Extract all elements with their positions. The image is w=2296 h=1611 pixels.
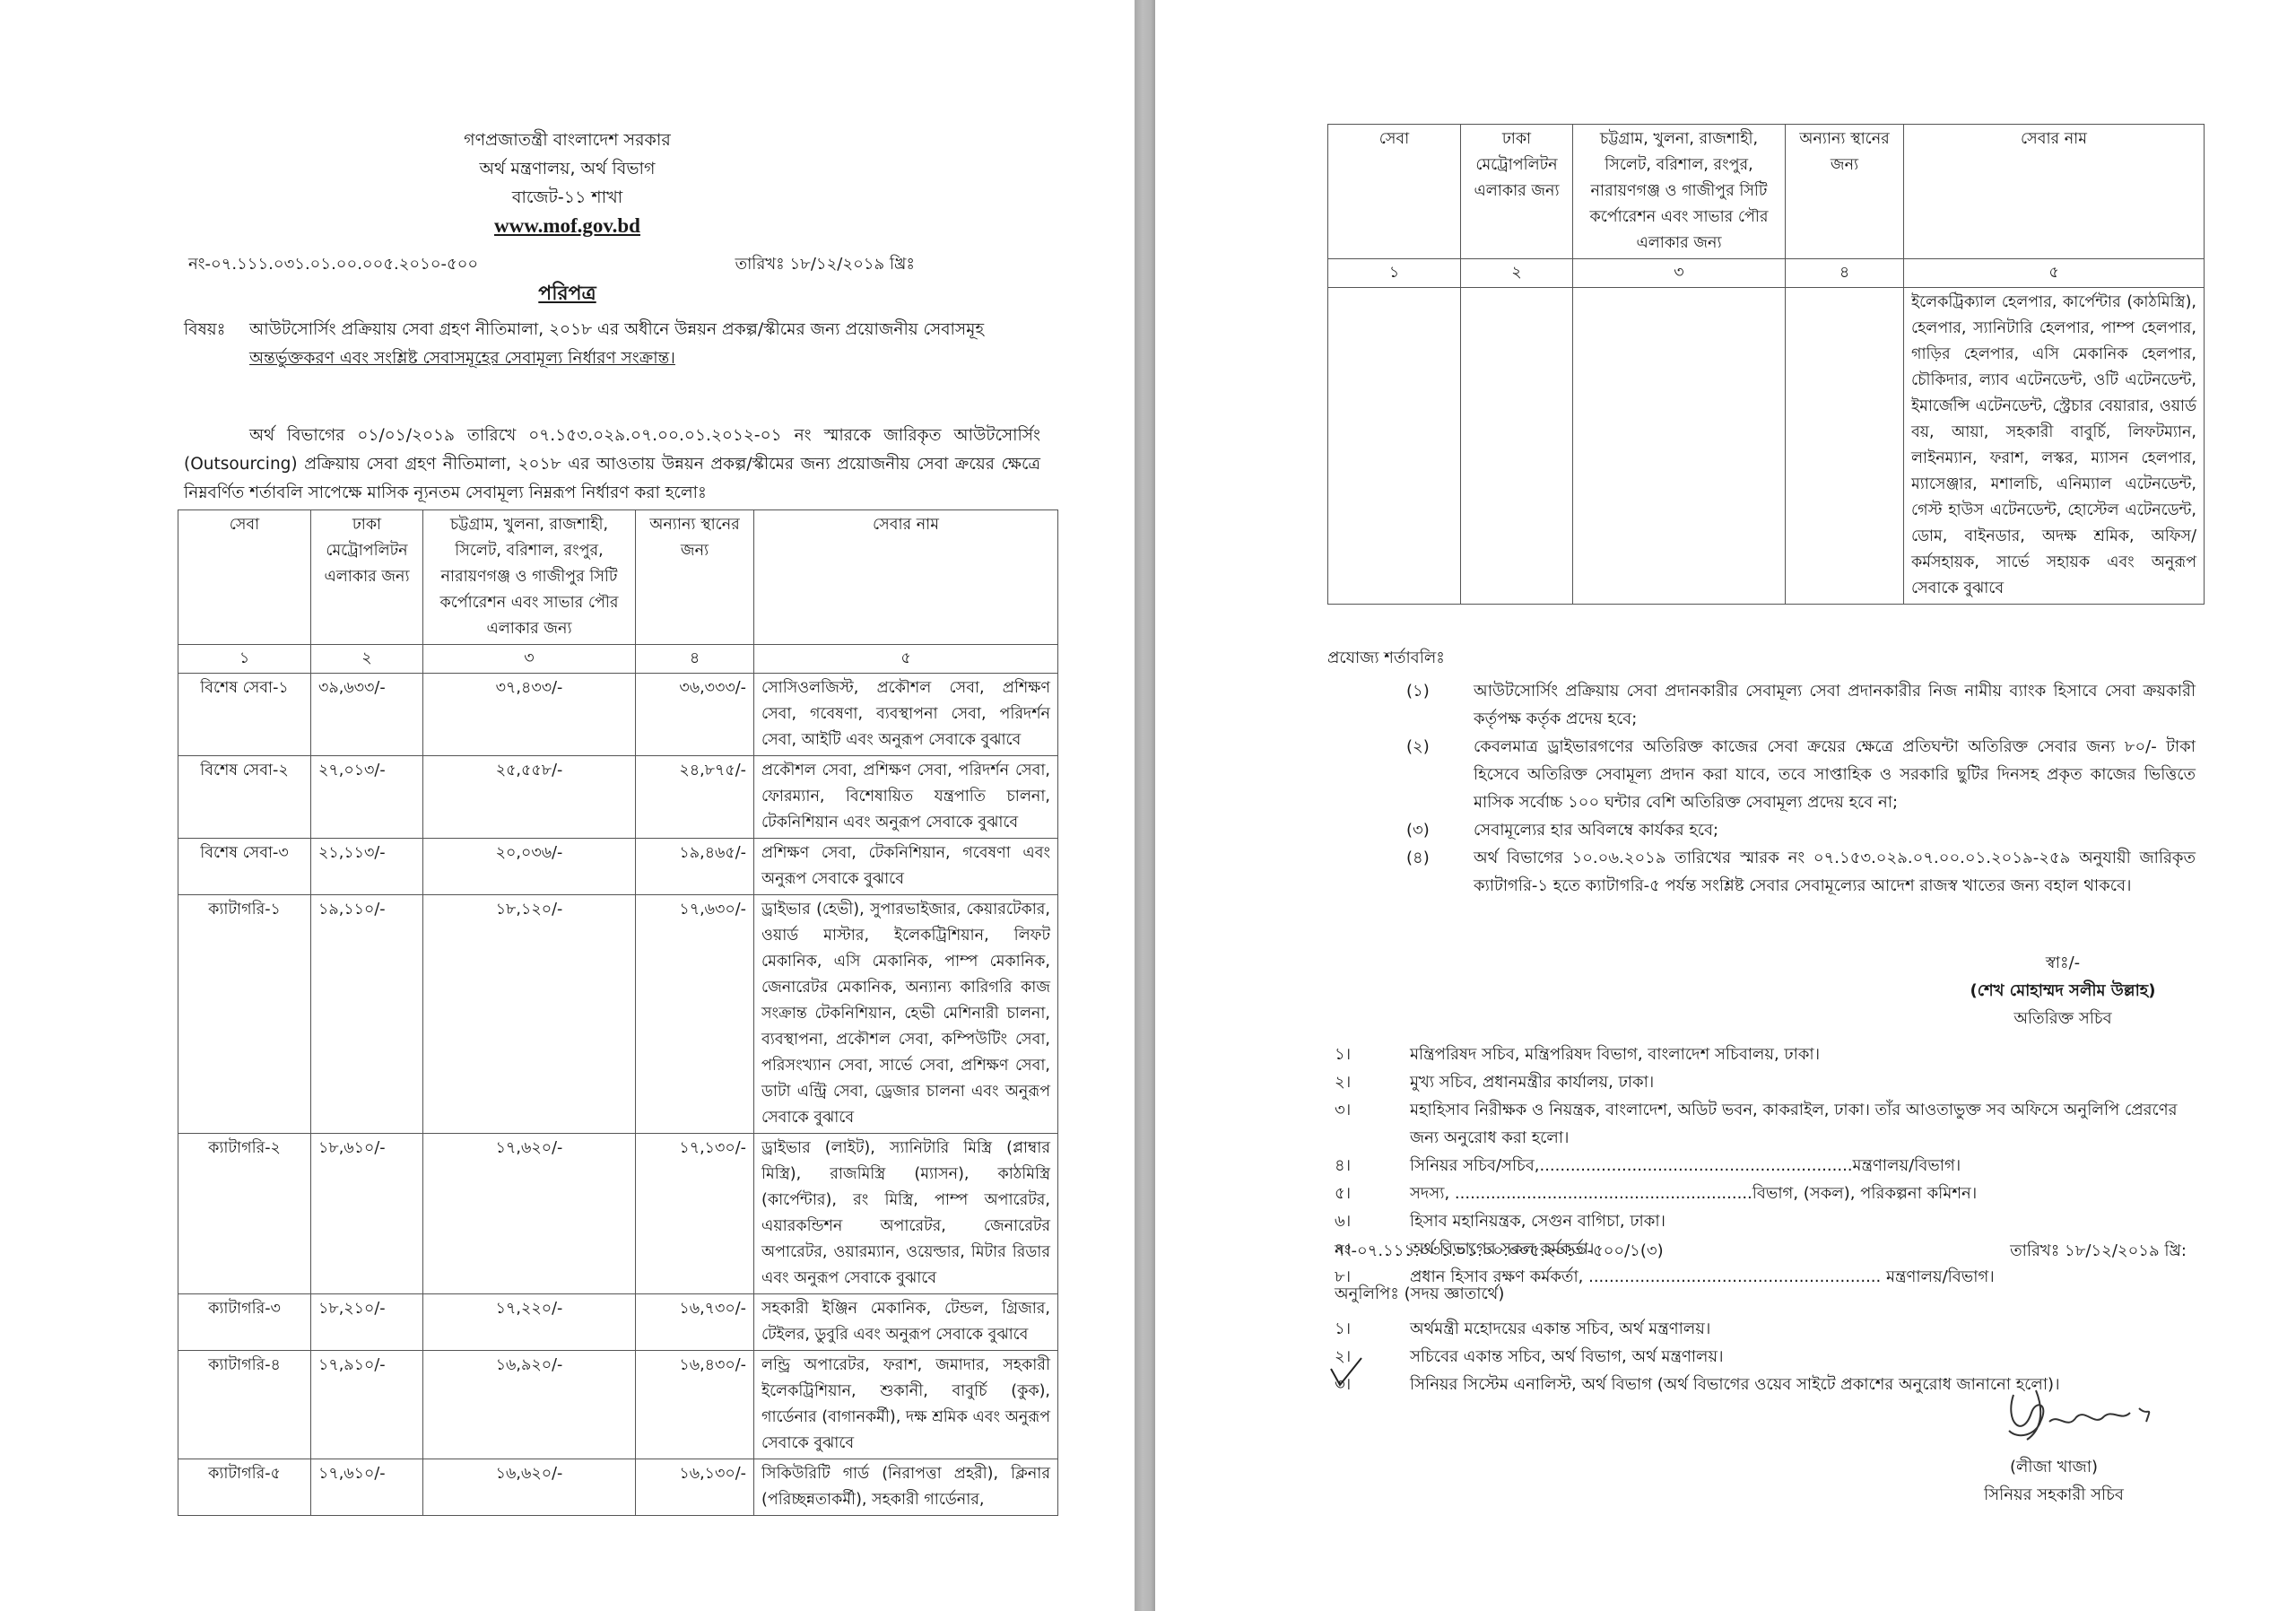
- check-mark-icon: [1329, 1356, 1365, 1389]
- signatory-designation: অতিরিক্ত সচিব: [1928, 1005, 2197, 1032]
- condition-text: সেবামূল্যের হার অবিলম্বে কার্যকর হবে;: [1474, 816, 2196, 844]
- list-item: ৬।হিসাব মহানিয়ন্ত্রক, সেগুন বাগিচা, ঢাক…: [1335, 1207, 2196, 1235]
- website-link[interactable]: www.mof.gov.bd: [494, 214, 640, 237]
- list-text: মহাহিসাব নিরীক্ষক ও নিয়ন্ত্রক, বাংলাদেশ…: [1410, 1096, 2196, 1152]
- cell-service: ক্যাটাগরি-১: [178, 895, 311, 1134]
- page-gutter: [1135, 0, 1155, 1611]
- header-other: অন্যান্য স্থানের জন্য: [636, 510, 754, 645]
- list-item: ২।সচিবের একান্ত সচিব, অর্থ বিভাগ, অর্থ ম…: [1335, 1343, 2196, 1371]
- header-city-corporation: চট্টগ্রাম, খুলনা, রাজশাহী, সিলেট, বরিশাল…: [1573, 125, 1786, 259]
- cell-city-corp: ২৫,৫৫৮/-: [423, 756, 636, 839]
- column-number: ৩: [1573, 259, 1786, 288]
- cell-service-names: ড্রাইভার (হেভী), সুপারভাইজার, কেয়ারটেকা…: [754, 895, 1058, 1134]
- cell-service-names: প্রকৌশল সেবা, প্রশিক্ষণ সেবা, পরিদর্শন স…: [754, 756, 1058, 839]
- table-row: ক্যাটাগরি-৪১৭,৯১০/-১৬,৯২০/-১৬,৪৩০/-লন্ড্…: [178, 1351, 1058, 1459]
- list-item: ৩।মহাহিসাব নিরীক্ষক ও নিয়ন্ত্রক, বাংলাদ…: [1335, 1096, 2196, 1152]
- condition-number: (৩): [1335, 816, 1474, 844]
- list-text: সিনিয়র সিস্টেম এনালিস্ট, অর্থ বিভাগ (অর…: [1410, 1371, 2060, 1398]
- table-header-row: সেবা ঢাকা মেট্রোপলিটন এলাকার জন্য চট্টগ্…: [1328, 125, 2205, 259]
- cell-dhaka: ১৮,২১০/-: [311, 1294, 423, 1351]
- column-number: ২: [1461, 259, 1573, 288]
- column-number: ৫: [754, 645, 1058, 674]
- cell-dhaka: ১৯,১১০/-: [311, 895, 423, 1134]
- list-text: সদস্য, .................................…: [1410, 1180, 1977, 1207]
- cell-other: ১৯,৪৬৫/-: [636, 839, 754, 895]
- cell-service: ক্যাটাগরি-৩: [178, 1294, 311, 1351]
- ministry-name: অর্থ মন্ত্রণালয়, অর্থ বিভাগ: [0, 154, 1135, 183]
- cell-dhaka: ১৭,৯১০/-: [311, 1351, 423, 1459]
- column-number: ৫: [1904, 259, 2205, 288]
- list-number: ৩।: [1335, 1096, 1410, 1152]
- cc-signatory-name: (লীজা খাজা): [1946, 1453, 2161, 1481]
- header-city-corporation: চট্টগ্রাম, খুলনা, রাজশাহী, সিলেট, বরিশাল…: [423, 510, 636, 645]
- cell-service-names: সোসিওলজিস্ট, প্রকৌশল সেবা, প্রশিক্ষণ সেব…: [754, 674, 1058, 756]
- column-number-row: ১ ২ ৩ ৪ ৫: [178, 645, 1058, 674]
- condition-item: (২)কেবলমাত্র ড্রাইভারগণের অতিরিক্ত কাজের…: [1335, 733, 2196, 816]
- list-item: ২।মুখ্য সচিব, প্রধানমন্ত্রীর কার্যালয়, …: [1335, 1068, 2196, 1096]
- column-number: ১: [1328, 259, 1461, 288]
- document-title: পরিপত্র: [0, 278, 1135, 311]
- condition-item: (১)আউটসোর্সিং প্রক্রিয়ায় সেবা প্রদানকা…: [1335, 677, 2196, 733]
- subject-line-2: অন্তর্ভুক্তকরণ এবং সংশ্লিষ্ট সেবাসমূহের …: [249, 344, 984, 373]
- cell-dhaka: [1461, 288, 1573, 605]
- cell-dhaka: ২১,১১৩/-: [311, 839, 423, 895]
- cell-service-names: সহকারী ইঞ্জিন মেকানিক, টেন্ডল, গ্রিজার, …: [754, 1294, 1058, 1351]
- cell-service: বিশেষ সেবা-১: [178, 674, 311, 756]
- list-number: ১।: [1335, 1315, 1410, 1343]
- condition-text: অর্থ বিভাগের ১০.০৬.২০১৯ তারিখের স্মারক ন…: [1474, 844, 2196, 900]
- column-number: ১: [178, 645, 311, 674]
- cell-service-names: ইলেকট্রিক্যাল হেলপার, কার্পেন্টার (কাঠমি…: [1904, 288, 2205, 605]
- list-text: মন্ত্রিপরিষদ সচিব, মন্ত্রিপরিষদ বিভাগ, ব…: [1410, 1041, 1820, 1068]
- cell-service: বিশেষ সেবা-২: [178, 756, 311, 839]
- header-dhaka: ঢাকা মেট্রোপলিটন এলাকার জন্য: [1461, 125, 1573, 259]
- condition-text: আউটসোর্সিং প্রক্রিয়ায় সেবা প্রদানকারীর…: [1474, 677, 2196, 733]
- cell-city-corp: ২০,০৩৬/-: [423, 839, 636, 895]
- signed-mark: স্বাঃ/-: [1928, 949, 2197, 977]
- list-text: অর্থমন্ত্রী মহোদয়ের একান্ত সচিব, অর্থ ম…: [1410, 1315, 1710, 1343]
- cell-dhaka: ২৭,০১৩/-: [311, 756, 423, 839]
- cell-other: ১৬,১৩০/-: [636, 1459, 754, 1516]
- cc-signatory-designation: সিনিয়র সহকারী সচিব: [1946, 1481, 2161, 1509]
- table-row: বিশেষ সেবা-২২৭,০১৩/-২৫,৫৫৮/-২৪,৮৭৫/-প্রক…: [178, 756, 1058, 839]
- memo-date: তারিখঃ ১৮/১২/২০১৯ খ্রিঃ: [735, 251, 915, 279]
- condition-item: (৩)সেবামূল্যের হার অবিলম্বে কার্যকর হবে;: [1335, 816, 2196, 844]
- table-row: বিশেষ সেবা-৩২১,১১৩/-২০,০৩৬/-১৯,৪৬৫/-প্রশ…: [178, 839, 1058, 895]
- header-service: সেবা: [1328, 125, 1461, 259]
- list-text: সিনিয়র সচিব/সচিব,......................…: [1410, 1152, 1961, 1180]
- cell-dhaka: ১৮,৬১০/-: [311, 1134, 423, 1294]
- condition-text: কেবলমাত্র ড্রাইভারগণের অতিরিক্ত কাজের সে…: [1474, 733, 2196, 816]
- table-row: ক্যাটাগরি-১১৯,১১০/-১৮,১২০/-১৭,৬৩০/-ড্রাই…: [178, 895, 1058, 1134]
- cell-dhaka: ১৭,৬১০/-: [311, 1459, 423, 1516]
- list-item: ৫।সদস্য, ...............................…: [1335, 1180, 2196, 1207]
- memo-number: নং-০৭.১১১.০৩১.০১.০০.০০৫.২০১০-৫০০: [188, 251, 478, 279]
- govt-name: গণপ্রজাতন্ত্রী বাংলাদেশ সরকার: [0, 126, 1135, 154]
- conditions-section: প্রযোজ্য শর্তাবলিঃ (১)আউটসোর্সিং প্রক্রি…: [1335, 644, 2196, 900]
- cell-city-corp: ১৭,৬২০/-: [423, 1134, 636, 1294]
- list-text: মুখ্য সচিব, প্রধানমন্ত্রীর কার্যালয়, ঢা…: [1410, 1068, 1654, 1096]
- cell-city-corp: ১৬,৯২০/-: [423, 1351, 636, 1459]
- service-rate-table: সেবা ঢাকা মেট্রোপলিটন এলাকার জন্য চট্টগ্…: [178, 509, 1058, 1516]
- cc-title: অনুলিপিঃ (সদয় জ্ঞাতার্থে): [1335, 1281, 1504, 1309]
- copy-memo-row: নং-০৭.১১১.০৩১.০১.০০.০০৫.২০১০-৫০০/১(৩) তা…: [1335, 1238, 2187, 1266]
- branch-name: বাজেট-১১ শাখা: [0, 183, 1135, 212]
- condition-number: (১): [1335, 677, 1474, 733]
- header-other: অন্যান্য স্থানের জন্য: [1786, 125, 1904, 259]
- cell-other: ১৭,১৩০/-: [636, 1134, 754, 1294]
- cell-city-corp: ৩৭,৪৩৩/-: [423, 674, 636, 756]
- cell-service-names: ড্রাইভার (লাইট), স্যানিটারি মিস্ত্রি (প্…: [754, 1134, 1058, 1294]
- subject-label: বিষয়ঃ: [184, 316, 249, 373]
- cell-other: ২৪,৮৭৫/-: [636, 756, 754, 839]
- document-page-left: গণপ্রজাতন্ত্রী বাংলাদেশ সরকার অর্থ মন্ত্…: [0, 0, 1135, 1611]
- list-number: ২।: [1335, 1068, 1410, 1096]
- cell-service: ক্যাটাগরি-৪: [178, 1351, 311, 1459]
- list-number: ৫।: [1335, 1180, 1410, 1207]
- table-row: ক্যাটাগরি-২১৮,৬১০/-১৭,৬২০/-১৭,১৩০/-ড্রাই…: [178, 1134, 1058, 1294]
- column-number-row: ১ ২ ৩ ৪ ৫: [1328, 259, 2205, 288]
- cell-city-corp: ১৭,২২০/-: [423, 1294, 636, 1351]
- list-text: সচিবের একান্ত সচিব, অর্থ বিভাগ, অর্থ মন্…: [1410, 1343, 1724, 1371]
- cell-service: [1328, 288, 1461, 605]
- table-row: ক্যাটাগরি-৩১৮,২১০/-১৭,২২০/-১৬,৭৩০/-সহকার…: [178, 1294, 1058, 1351]
- cell-other: ১৭,৬৩০/-: [636, 895, 754, 1134]
- cell-other: ১৬,৭৩০/-: [636, 1294, 754, 1351]
- list-text: হিসাব মহানিয়ন্ত্রক, সেগুন বাগিচা, ঢাকা।: [1410, 1207, 1665, 1235]
- memo-row: নং-০৭.১১১.০৩১.০১.০০.০০৫.২০১০-৫০০ তারিখঃ …: [188, 251, 915, 279]
- body-paragraph: অর্থ বিভাগের ০১/০১/২০১৯ তারিখে ০৭.১৫৩.০২…: [184, 422, 1040, 508]
- cell-other: ৩৬,৩৩৩/-: [636, 674, 754, 756]
- service-rate-table-continued: সেবা ঢাকা মেট্রোপলিটন এলাকার জন্য চট্টগ্…: [1327, 124, 2205, 605]
- cell-other: [1786, 288, 1904, 605]
- list-number: ৪।: [1335, 1152, 1410, 1180]
- signatory-name: (শেখ মোহাম্মদ সলীম উল্লাহ): [1928, 977, 2197, 1005]
- header-service-names: সেবার নাম: [1904, 125, 2205, 259]
- handwritten-signature-icon: [1996, 1386, 2175, 1449]
- list-number: ৬।: [1335, 1207, 1410, 1235]
- cell-city-corp: ১৬,৬২০/-: [423, 1459, 636, 1516]
- condition-number: (৪): [1335, 844, 1474, 900]
- header-service-names: সেবার নাম: [754, 510, 1058, 645]
- column-number: ৪: [636, 645, 754, 674]
- copy-memo-date: তারিখঃ ১৮/১২/২০১৯ খ্রি:: [2010, 1238, 2187, 1266]
- cell-service: ক্যাটাগরি-৫: [178, 1459, 311, 1516]
- cell-city-corp: [1573, 288, 1786, 605]
- cell-service-names: লন্ড্রি অপারেটর, ফরাশ, জমাদার, সহকারী ইল…: [754, 1351, 1058, 1459]
- header-service: সেবা: [178, 510, 311, 645]
- table-row: ইলেকট্রিক্যাল হেলপার, কার্পেন্টার (কাঠমি…: [1328, 288, 2205, 605]
- subject: বিষয়ঃ আউটসোর্সিং প্রক্রিয়ায় সেবা গ্রহ…: [184, 316, 1040, 373]
- cell-city-corp: ১৮,১২০/-: [423, 895, 636, 1134]
- column-number: ৩: [423, 645, 636, 674]
- column-number: ২: [311, 645, 423, 674]
- list-item: ১।অর্থমন্ত্রী মহোদয়ের একান্ত সচিব, অর্থ…: [1335, 1315, 2196, 1343]
- cell-other: ১৬,৪৩০/-: [636, 1351, 754, 1459]
- list-item: ১।মন্ত্রিপরিষদ সচিব, মন্ত্রিপরিষদ বিভাগ,…: [1335, 1041, 2196, 1068]
- condition-number: (২): [1335, 733, 1474, 816]
- header-dhaka: ঢাকা মেট্রোপলিটন এলাকার জন্য: [311, 510, 423, 645]
- conditions-title: প্রযোজ্য শর্তাবলিঃ: [1327, 644, 2196, 672]
- table-row: ক্যাটাগরি-৫১৭,৬১০/-১৬,৬২০/-১৬,১৩০/-সিকিউ…: [178, 1459, 1058, 1516]
- table-row: বিশেষ সেবা-১৩৯,৬৩৩/-৩৭,৪৩৩/-৩৬,৩৩৩/-সোসি…: [178, 674, 1058, 756]
- cell-service-names: সিকিউরিটি গার্ড (নিরাপত্তা প্রহরী), ক্লি…: [754, 1459, 1058, 1516]
- cell-service-names: প্রশিক্ষণ সেবা, টেকনিশিয়ান, গবেষণা এবং …: [754, 839, 1058, 895]
- cell-service: ক্যাটাগরি-২: [178, 1134, 311, 1294]
- cell-dhaka: ৩৯,৬৩৩/-: [311, 674, 423, 756]
- table-header-row: সেবা ঢাকা মেট্রোপলিটন এলাকার জন্য চট্টগ্…: [178, 510, 1058, 645]
- list-number: ১।: [1335, 1041, 1410, 1068]
- cell-service: বিশেষ সেবা-৩: [178, 839, 311, 895]
- list-item: ৪।সিনিয়র সচিব/সচিব,....................…: [1335, 1152, 2196, 1180]
- condition-item: (৪)অর্থ বিভাগের ১০.০৬.২০১৯ তারিখের স্মার…: [1335, 844, 2196, 900]
- column-number: ৪: [1786, 259, 1904, 288]
- copy-memo-number: নং-০৭.১১১.০৩১.০১.০০.০০৫.২০১০-৫০০/১(৩): [1335, 1238, 1664, 1266]
- subject-line-1: আউটসোর্সিং প্রক্রিয়ায় সেবা গ্রহণ নীতিম…: [249, 316, 984, 344]
